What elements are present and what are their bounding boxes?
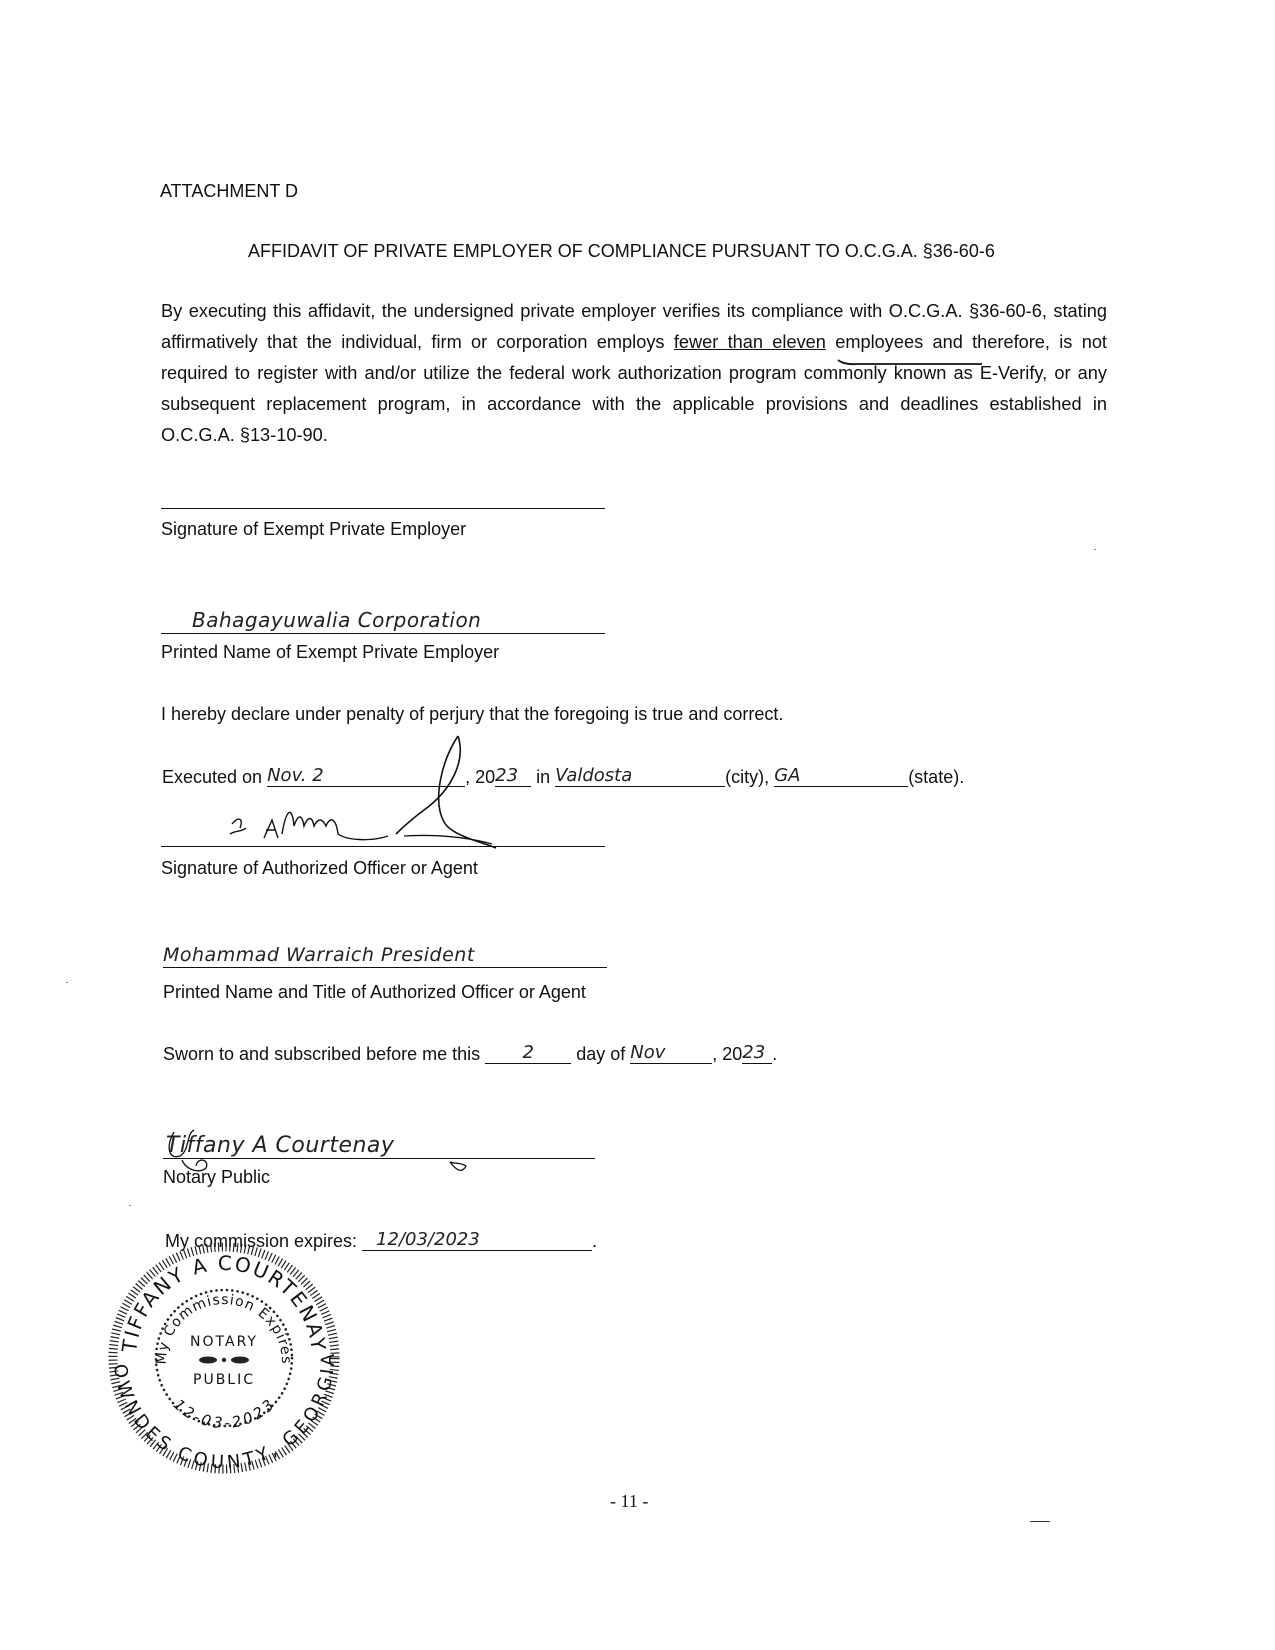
printed-name-line[interactable] <box>161 633 605 634</box>
officer-name-handwritten: Mohammad Warraich President <box>163 944 475 966</box>
executed-city-field[interactable]: Valdosta <box>555 766 725 787</box>
officer-signature-value: B. Ahmed <box>224 812 228 834</box>
executed-state-value: GA <box>774 765 800 786</box>
scan-speck <box>129 1205 131 1206</box>
scan-speck <box>66 982 68 983</box>
notary-label: Notary Public <box>163 1166 270 1188</box>
commission-end: . <box>592 1231 597 1251</box>
sworn-year-prefix: , 20 <box>712 1044 742 1064</box>
sworn-month-value: Nov <box>630 1042 665 1063</box>
page-number: - 11 - <box>610 1490 648 1512</box>
body-text-emphasis: fewer than eleven <box>674 332 826 352</box>
officer-name-line[interactable] <box>163 967 607 968</box>
executed-state-label: (state). <box>908 767 964 787</box>
sworn-year-field[interactable]: 23 <box>742 1043 772 1064</box>
sworn-day-label: day of <box>576 1044 625 1064</box>
scan-speck <box>1030 1521 1050 1522</box>
executed-city-label: (city), <box>725 767 769 787</box>
sworn-end: . <box>772 1044 777 1064</box>
body-paragraph: By executing this affidavit, the undersi… <box>161 296 1107 451</box>
executed-city-value: Valdosta <box>555 765 632 786</box>
svg-text:My Commission Expires: My Commission Expires <box>154 1292 294 1365</box>
officer-name-label: Printed Name and Title of Authorized Off… <box>163 981 586 1003</box>
commission-date-value: 12/03/2023 <box>376 1229 480 1250</box>
exempt-signature-label: Signature of Exempt Private Employer <box>161 518 466 540</box>
scan-speck <box>1094 549 1096 550</box>
seal-quill-icon <box>199 1357 249 1364</box>
seal-center-bottom-text: PUBLIC <box>193 1372 255 1388</box>
attachment-label: ATTACHMENT D <box>160 180 298 202</box>
notary-seal: TIFFANY A COURTENAY LOWNDES COUNTY, GEOR… <box>104 1238 344 1478</box>
officer-signature-scribble <box>220 730 520 850</box>
executed-in-label: in <box>536 767 550 787</box>
seal-inner-top-text: My Commission Expires <box>154 1292 294 1365</box>
sworn-prefix: Sworn to and subscribed before me this <box>163 1044 480 1064</box>
sworn-day-field[interactable]: 2 <box>485 1043 571 1064</box>
sworn-month-field[interactable]: Nov <box>630 1043 712 1064</box>
sworn-line: Sworn to and subscribed before me this 2… <box>163 1043 777 1065</box>
sworn-year-value: 23 <box>742 1042 765 1063</box>
printed-name-label: Printed Name of Exempt Private Employer <box>161 641 499 663</box>
officer-signature-line[interactable] <box>161 846 605 847</box>
executed-state-field[interactable]: GA <box>774 766 908 787</box>
notary-signature-line[interactable] <box>163 1158 595 1159</box>
exempt-signature-line[interactable] <box>161 508 605 509</box>
seal-center-top-text: NOTARY <box>190 1334 258 1350</box>
document-title: AFFIDAVIT OF PRIVATE EMPLOYER OF COMPLIA… <box>248 240 995 262</box>
commission-date-field[interactable]: 12/03/2023 <box>362 1230 592 1251</box>
handwritten-arrow-mark <box>836 358 986 370</box>
officer-signature-label: Signature of Authorized Officer or Agent <box>161 857 478 879</box>
declaration-text: I hereby declare under penalty of perjur… <box>161 703 783 725</box>
printed-name-handwritten: Bahagayuwalia Corporation <box>192 608 481 632</box>
sworn-day-value: 2 <box>522 1042 533 1063</box>
